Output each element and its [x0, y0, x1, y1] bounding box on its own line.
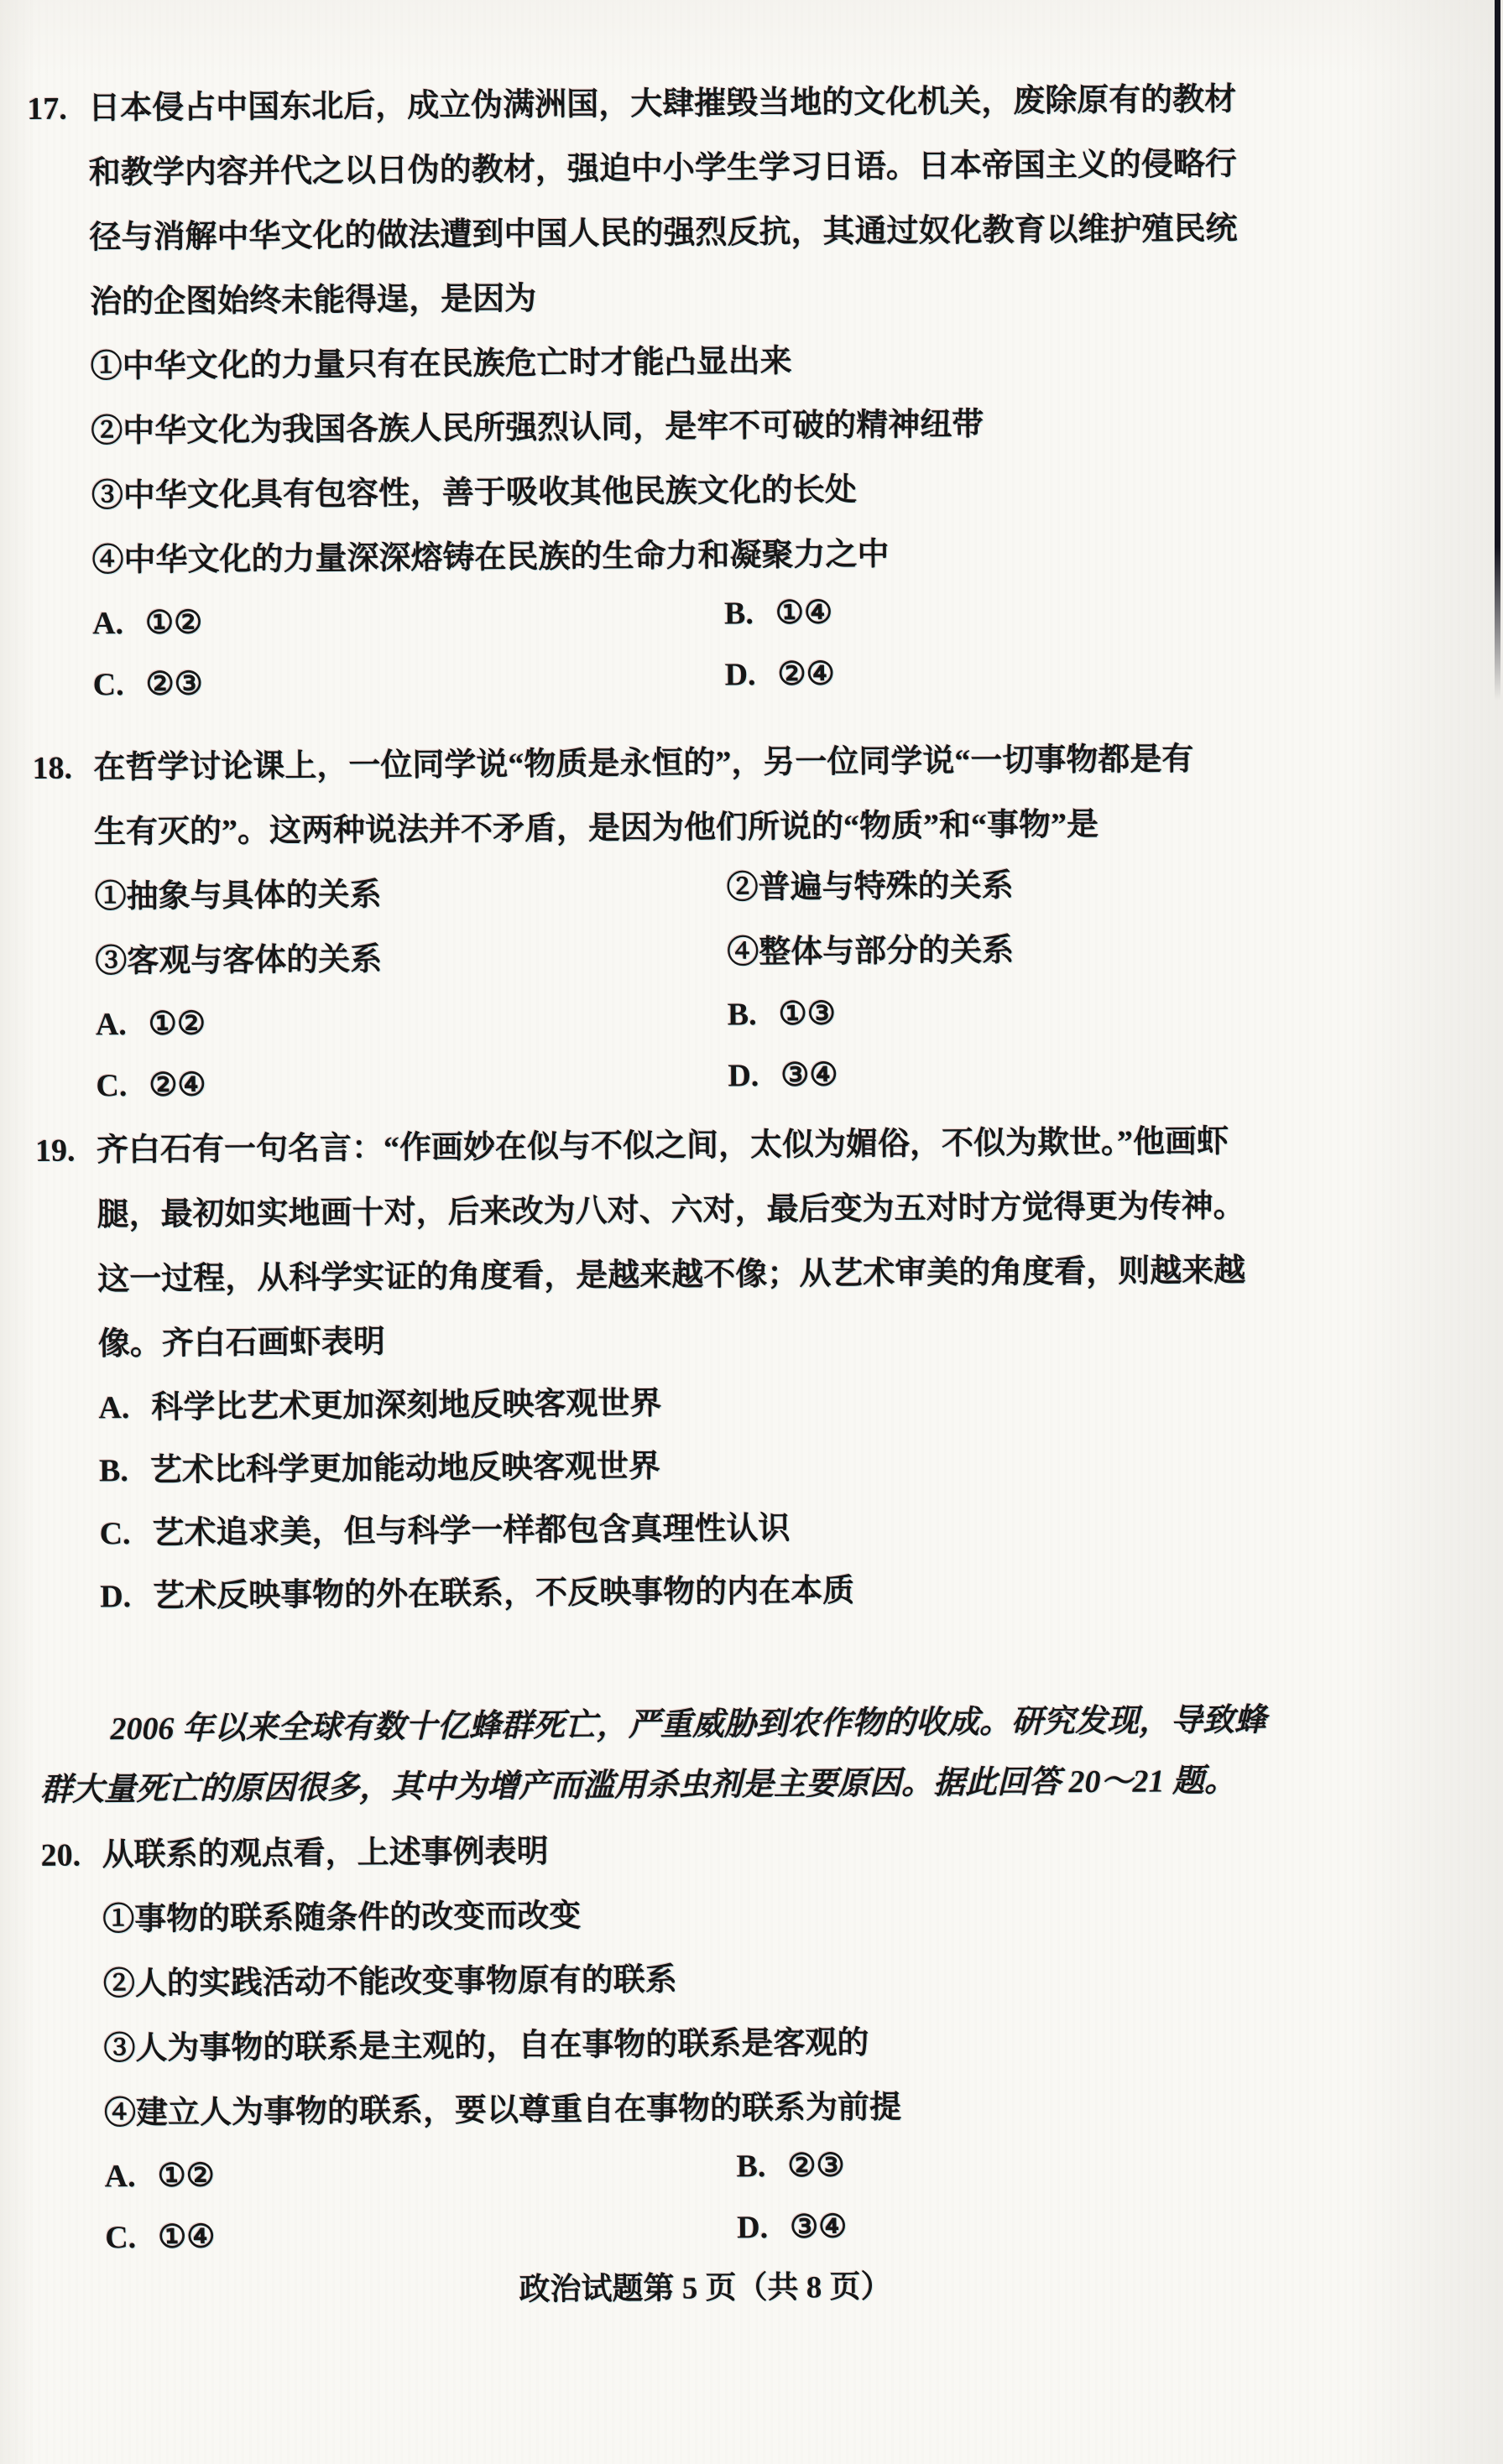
question-17-stem-line: 日本侵占中国东北后，成立伪满洲国，大肆摧毁当地的文化机关，废除原有的教材 — [88, 68, 1255, 142]
question-17-stem-line: 治的企图始终未能得逞，是因为 — [90, 262, 1256, 336]
question-17-choice-d: D.②④ — [724, 640, 1259, 706]
question-17-item-2: ②中华文化为我国各族人民所强烈认同，是牢不可破的精神纽带 — [91, 391, 1257, 465]
scanner-edge-line — [1495, 0, 1500, 701]
choice-label: B. — [736, 2149, 765, 2184]
question-17-number: 17. — [27, 76, 89, 142]
question-18-choice-row: C.②④ D.③④ — [96, 1046, 1262, 1117]
question-18-body: 在哲学讨论课上，一位同学说“物质是永恒的”，另一位同学说“一切事物都是有 生有灭… — [93, 727, 1262, 1117]
passage-line: 群大量死亡的原因很多，其中为增产而滥用杀虫剂是主要原因。据此回答 20～21 题… — [40, 1750, 1268, 1820]
question-18-choice-d: D.③④ — [728, 1041, 1262, 1107]
choice-value: ②④ — [149, 1067, 206, 1103]
choice-label: C. — [105, 2220, 136, 2255]
question-19-number: 19. — [35, 1118, 97, 1184]
page-content: 17. 日本侵占中国东北后，成立伪满洲国，大肆摧毁当地的文化机关，废除原有的教材… — [27, 68, 1271, 2269]
page-footer: 政治试题第 5 页（共 8 页） — [0, 2264, 1457, 2313]
question-17-stem-line: 和教学内容并代之以日伪的教材，强迫中小学生学习日语。日本帝国主义的侵略行 — [89, 133, 1255, 206]
question-19-choice-a: A.科学比艺术更加深刻地反映客观世界 — [98, 1367, 1265, 1440]
question-18-item-3: ③客观与客体的关系 — [95, 925, 728, 994]
choice-label: C. — [99, 1516, 130, 1551]
question-20-item-1: ①事物的联系随条件的改变而改变 — [102, 1878, 1269, 1952]
choice-text: 艺术比科学更加能动地反映客观世界 — [150, 1449, 660, 1488]
question-18-choice-b: B.①③ — [728, 980, 1262, 1045]
question-19-body: 齐白石有一句名言：“作画妙在似与不似之间，太似为媚俗，不似为欺世。”他画虾 腿，… — [97, 1109, 1266, 1628]
question-20-choice-b: B.②③ — [736, 2132, 1271, 2197]
choice-text: 艺术反映事物的外在联系，不反映事物的内在本质 — [153, 1573, 854, 1614]
question-19-stem-line: 齐白石有一句名言：“作画妙在似与不似之间，太似为媚俗，不似为欺世。”他画虾 — [97, 1109, 1263, 1183]
question-17: 17. 日本侵占中国东北后，成立伪满洲国，大肆摧毁当地的文化机关，废除原有的教材… — [27, 68, 1259, 716]
question-17-body: 日本侵占中国东北后，成立伪满洲国，大肆摧毁当地的文化机关，废除原有的教材 和教学… — [88, 68, 1259, 716]
question-19-stem-line: 腿，最初如实地画十对，后来改为八对、六对，最后变为五对时方觉得更为传神。 — [97, 1174, 1263, 1248]
question-17-choice-row: C.②③ D.②④ — [92, 645, 1259, 716]
question-18-stem-line: 在哲学讨论课上，一位同学说“物质是永恒的”，另一位同学说“一切事物都是有 — [93, 727, 1260, 800]
choice-value: ①② — [157, 2158, 214, 2194]
question-20-item-2: ②人的实践活动不能改变事物原有的联系 — [103, 1943, 1270, 2017]
question-17-choice-c: C.②③ — [92, 649, 725, 716]
choice-value: ②③ — [787, 2148, 844, 2184]
choice-value: ②③ — [145, 666, 202, 702]
question-19-stem-line: 这一过程，从科学实证的角度看，是越来越不像；从艺术审美的角度看，则越来越 — [97, 1238, 1264, 1312]
choice-label: A. — [98, 1390, 129, 1425]
question-17-choice-a: A.①② — [92, 588, 725, 654]
choice-value: ①③ — [778, 996, 835, 1032]
question-17-choice-b: B.①④ — [724, 579, 1259, 644]
passage-bees: 2006 年以来全球有数十亿蜂群死亡，严重威胁到农作物的收成。研究发现，导致蜂 … — [39, 1690, 1267, 1820]
question-19-choice-b: B.艺术比科学更加能动地反映客观世界 — [99, 1430, 1266, 1503]
question-18-number: 18. — [32, 736, 94, 801]
choice-value: ③④ — [780, 1057, 838, 1093]
choice-label: B. — [99, 1453, 128, 1488]
choice-value: ②④ — [777, 656, 834, 692]
choice-value: ①② — [145, 605, 202, 641]
choice-label: D. — [724, 657, 755, 692]
question-20-item-3: ③人为事物的联系是主观的，自在事物的联系是客观的 — [103, 2008, 1270, 2081]
question-19: 19. 齐白石有一句名言：“作画妙在似与不似之间，太似为媚俗，不似为欺世。”他画… — [35, 1109, 1266, 1628]
question-18-choice-c: C.②④ — [96, 1050, 728, 1117]
choice-label: B. — [728, 997, 757, 1032]
choice-label: C. — [93, 667, 124, 702]
choice-text: 艺术追求美，但与科学一样都包含真理性认识 — [152, 1511, 790, 1551]
question-20-choice-c: C.①④ — [105, 2202, 738, 2269]
choice-value: ③④ — [790, 2209, 847, 2245]
question-20-body: 从联系的观点看，上述事例表明 ①事物的联系随条件的改变而改变 ②人的实践活动不能… — [102, 1814, 1271, 2269]
question-18-item-2: ②普遍与特殊的关系 — [726, 852, 1260, 920]
question-19-choice-c: C.艺术追求美，但与科学一样都包含真理性认识 — [99, 1493, 1266, 1565]
choice-label: A. — [104, 2159, 135, 2194]
choice-value: ①④ — [775, 595, 832, 631]
choice-label: D. — [737, 2210, 768, 2245]
question-18-choice-a: A.①② — [96, 989, 728, 1055]
choice-label: B. — [724, 596, 754, 631]
choice-label: C. — [96, 1068, 127, 1103]
choice-label: A. — [96, 1007, 127, 1042]
question-20-choice-a: A.①② — [104, 2141, 737, 2207]
question-17-item-3: ③中华文化具有包容性，善于吸收其他民族文化的长处 — [91, 456, 1258, 529]
question-17-item-1: ①中华文化的力量只有在民族危亡时才能凸显出来 — [90, 326, 1256, 400]
question-19-stem-line: 像。齐白石画虾表明 — [98, 1303, 1265, 1377]
question-20-choice-row: C.①④ D.③④ — [105, 2198, 1271, 2269]
choice-value: ①② — [149, 1006, 206, 1042]
question-20: 20. 从联系的观点看，上述事例表明 ①事物的联系随条件的改变而改变 ②人的实践… — [40, 1814, 1271, 2269]
passage-line: 2006 年以来全球有数十亿蜂群死亡，严重威胁到农作物的收成。研究发现，导致蜂 — [39, 1690, 1267, 1759]
question-18: 18. 在哲学讨论课上，一位同学说“物质是永恒的”，另一位同学说“一切事物都是有… — [32, 727, 1262, 1117]
exam-scan-page: 17. 日本侵占中国东北后，成立伪满洲国，大肆摧毁当地的文化机关，废除原有的教材… — [0, 0, 1503, 2464]
choice-label: D. — [100, 1579, 131, 1614]
question-20-choice-d: D.③④ — [737, 2193, 1271, 2258]
question-19-choice-d: D.艺术反映事物的外在联系，不反映事物的内在本质 — [100, 1556, 1266, 1628]
page-footer-text: 政治试题第 5 页（共 8 页） — [519, 2270, 891, 2307]
question-18-item-4: ④整体与部分的关系 — [727, 916, 1261, 985]
question-20-stem: 从联系的观点看，上述事例表明 — [102, 1814, 1268, 1888]
choice-text: 科学比艺术更加深刻地反映客观世界 — [151, 1386, 661, 1425]
choice-value: ①④ — [158, 2219, 215, 2255]
choice-label: A. — [92, 606, 123, 641]
question-20-number: 20. — [40, 1823, 102, 1888]
question-17-stem-line: 径与消解中华文化的做法遭到中国人民的强烈反抗，其通过奴化教育以维护殖民统 — [89, 197, 1255, 271]
question-18-item-1: ①抽象与具体的关系 — [94, 860, 727, 930]
choice-label: D. — [728, 1058, 759, 1093]
